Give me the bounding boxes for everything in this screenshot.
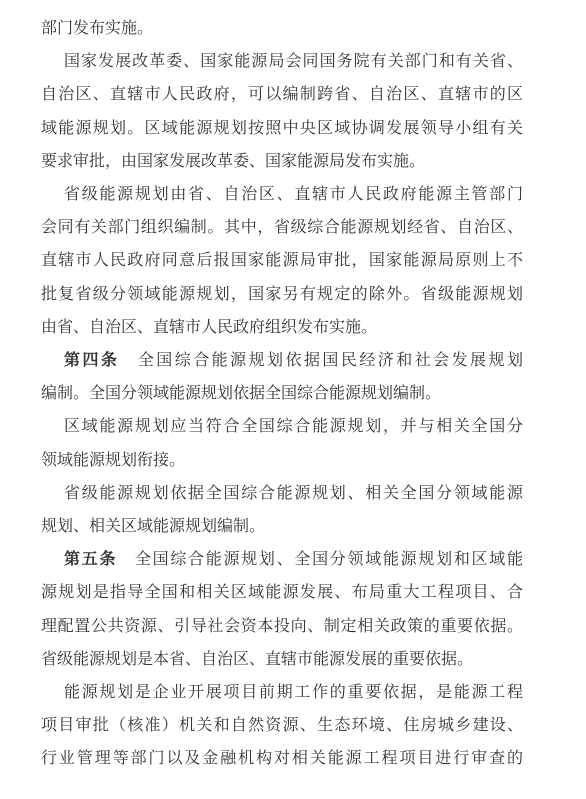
article-number-label: 第五条 bbox=[64, 551, 117, 568]
document-line: 要求审批，由国家发展改革委、国家能源局发布实施。 bbox=[41, 145, 523, 178]
document-line: 批复省级分领域能源规划，国家另有规定的除外。省级能源规划 bbox=[41, 278, 523, 311]
document-line: 源规划是指导全国和相关区域能源发展、布局重大工程项目、合 bbox=[41, 576, 523, 609]
document-line: 省级能源规划由省、自治区、直辖市人民政府能源主管部门 bbox=[41, 178, 523, 211]
document-line: 省级能源规划依据全国综合能源规划、相关全国分领域能源 bbox=[41, 477, 523, 510]
document-line: 领域能源规划衔接。 bbox=[41, 444, 523, 477]
document-line: 国家发展改革委、国家能源局会同国务院有关部门和有关省、 bbox=[41, 45, 523, 78]
document-line: 直辖市人民政府同意后报国家能源局审批，国家能源局原则上不 bbox=[41, 244, 523, 277]
document-line: 由省、自治区、直辖市人民政府组织发布实施。 bbox=[41, 311, 523, 344]
document-line: 第四条 全国综合能源规划依据国民经济和社会发展规划 bbox=[41, 344, 523, 377]
text-block: 部门发布实施。国家发展改革委、国家能源局会同国务院有关部门和有关省、自治区、直辖… bbox=[41, 12, 523, 776]
document-line: 部门发布实施。 bbox=[41, 12, 523, 45]
document-line: 项目审批（核准）机关和自然资源、生态环境、住房城乡建设、 bbox=[41, 709, 523, 742]
document-line: 域能源规划。区域能源规划按照中央区域协调发展领导小组有关 bbox=[41, 112, 523, 145]
document-line: 第五条 全国综合能源规划、全国分领域能源规划和区域能 bbox=[41, 543, 523, 576]
document-line: 编制。全国分领域能源规划依据全国综合能源规划编制。 bbox=[41, 377, 523, 410]
document-line: 行业管理等部门以及金融机构对相关能源工程项目进行审查的 bbox=[41, 742, 523, 775]
document-line: 规划、相关区域能源规划编制。 bbox=[41, 510, 523, 543]
article-number-label: 第四条 bbox=[64, 352, 119, 369]
document-line: 理配置公共资源、引导社会资本投向、制定相关政策的重要依据。 bbox=[41, 610, 523, 643]
document-line: 区域能源规划应当符合全国综合能源规划，并与相关全国分 bbox=[41, 410, 523, 443]
document-line: 省级能源规划是本省、自治区、直辖市能源发展的重要依据。 bbox=[41, 643, 523, 676]
document-line: 能源规划是企业开展项目前期工作的重要依据，是能源工程 bbox=[41, 676, 523, 709]
document-page: 部门发布实施。国家发展改革委、国家能源局会同国务院有关部门和有关省、自治区、直辖… bbox=[0, 0, 586, 799]
document-line: 会同有关部门组织编制。其中，省级综合能源规划经省、自治区、 bbox=[41, 211, 523, 244]
document-line: 自治区、直辖市人民政府，可以编制跨省、自治区、直辖市的区 bbox=[41, 78, 523, 111]
